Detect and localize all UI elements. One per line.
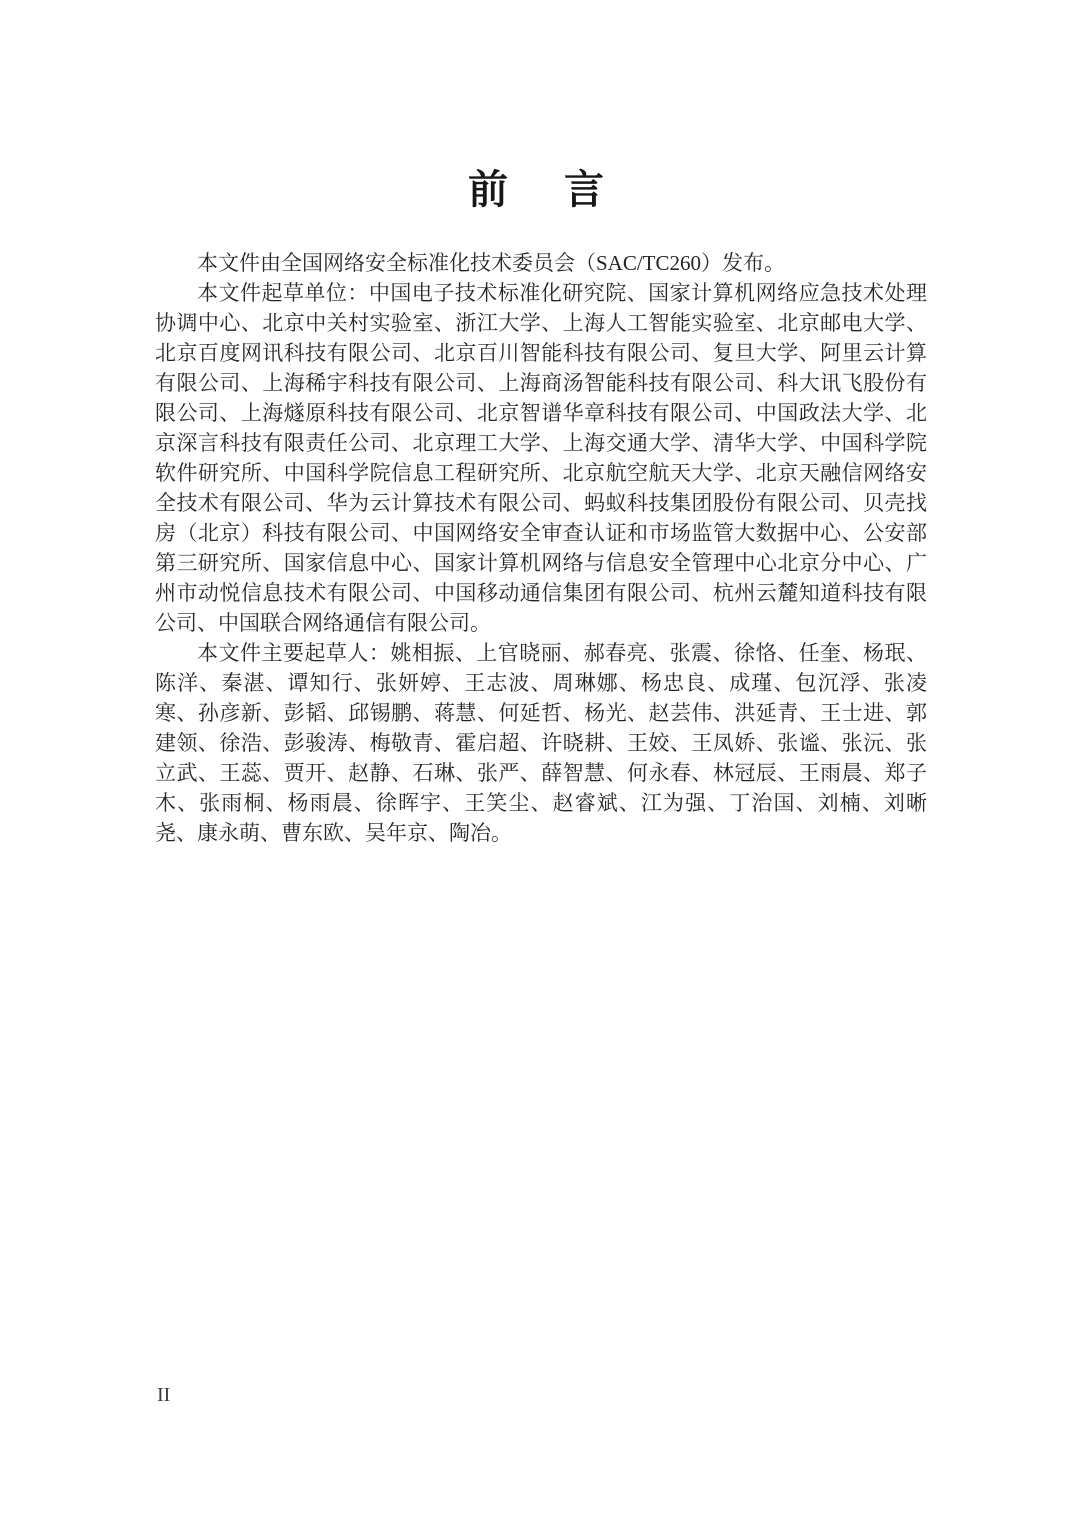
- page-number: II: [157, 1384, 170, 1407]
- paragraph-issuer: 本文件由全国网络安全标准化技术委员会（SAC/TC260）发布。: [155, 248, 927, 278]
- paragraph-drafting-organizations: 本文件起草单位：中国电子技术标准化研究院、国家计算机网络应急技术处理协调中心、北…: [155, 278, 927, 638]
- page-title: 前 言: [0, 158, 1080, 215]
- document-page: 前 言 本文件由全国网络安全标准化技术委员会（SAC/TC260）发布。 本文件…: [0, 0, 1080, 1527]
- paragraph-main-drafters: 本文件主要起草人：姚相振、上官晓丽、郝春亮、张震、徐恪、任奎、杨珉、陈洋、秦湛、…: [155, 638, 927, 848]
- document-body: 本文件由全国网络安全标准化技术委员会（SAC/TC260）发布。 本文件起草单位…: [155, 248, 927, 848]
